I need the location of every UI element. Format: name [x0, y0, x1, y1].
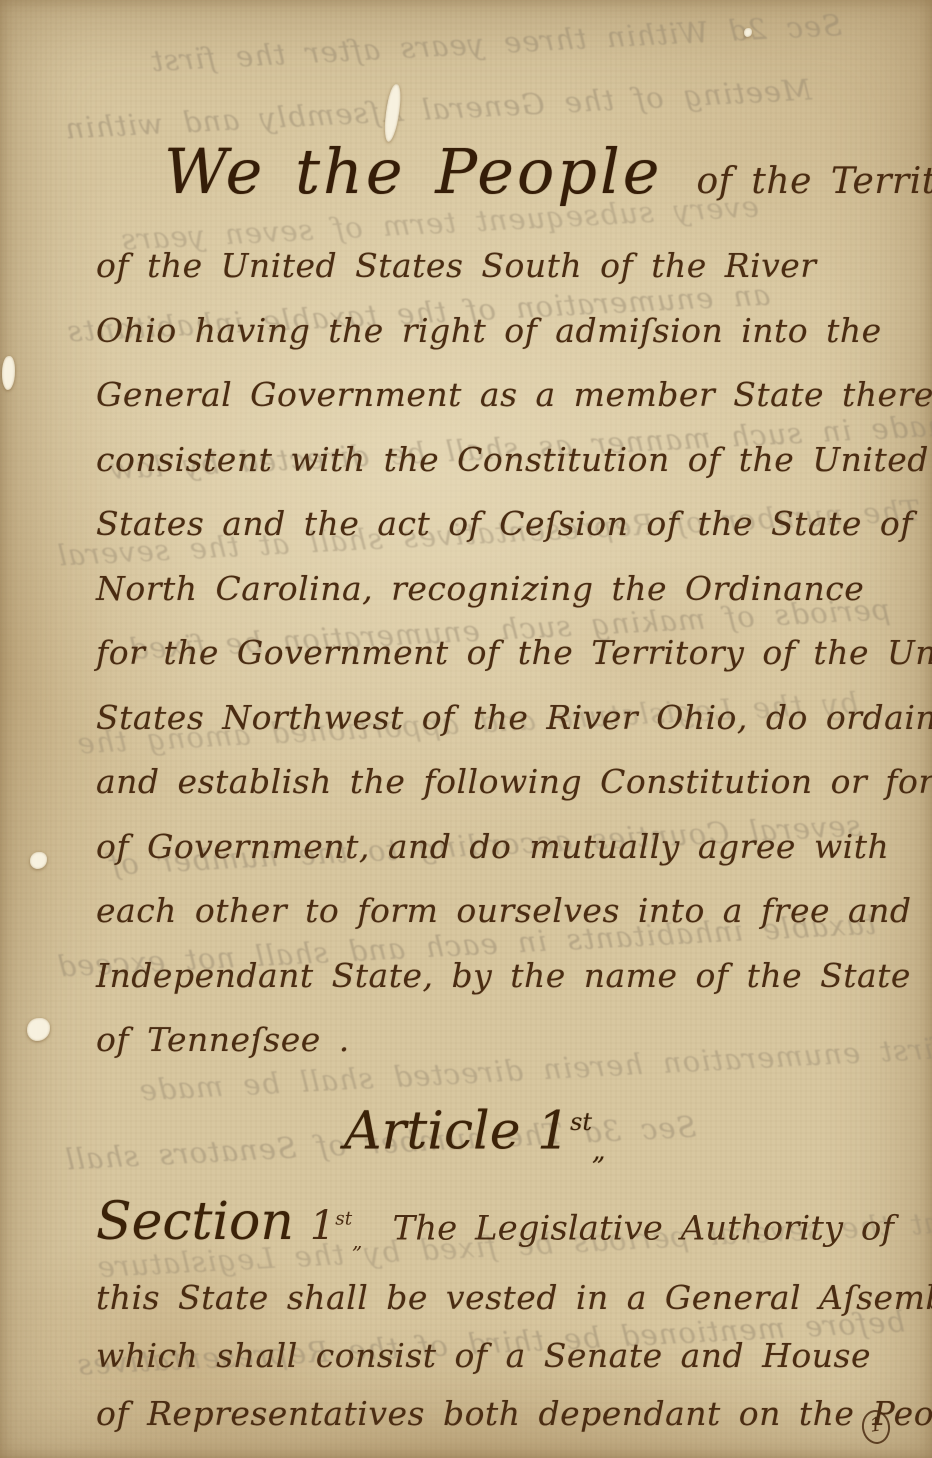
bleedthrough-line: Sec 2d Within three years after the firs… — [150, 8, 843, 78]
article-heading: Article 1st„ — [344, 1073, 906, 1171]
article-mark: „ — [592, 1136, 605, 1166]
manuscript-line: for the Government of the Territory of t… — [96, 621, 906, 686]
manuscript-line: General Government as a member State the… — [96, 363, 906, 428]
manuscript-line: and establish the following Constitution… — [96, 750, 906, 815]
paper-hole — [2, 356, 15, 390]
manuscript-page: Sec 2d Within three years after the firs… — [0, 0, 932, 1458]
manuscript-line: North Carolina, recognizing the Ordinanc… — [96, 557, 906, 622]
manuscript-line: of Tenneſsee . — [96, 1008, 906, 1073]
section-label: Section — [96, 1192, 294, 1252]
manuscript-line: States and the act of Ceſsion of the Sta… — [96, 492, 906, 557]
article-number: 1 — [537, 1101, 570, 1161]
manuscript-line: of Representatives both dependant on the… — [96, 1385, 906, 1443]
opening-phrase-large: We the People — [164, 135, 662, 208]
manuscript-line: each other to form ourselves into a free… — [96, 879, 906, 944]
manuscript-line: Independant State, by the name of the St… — [96, 944, 906, 1009]
article-ordinal: st — [570, 1108, 592, 1136]
manuscript-line: this State shall be vested in a General … — [96, 1269, 906, 1327]
manuscript-line: of the United States South of the River — [96, 234, 906, 299]
paper-hole — [27, 1018, 50, 1041]
section-1: Section1st„The Legislative Authority of … — [96, 1171, 906, 1443]
manuscript-line: of Government, and do mutually agree wit… — [96, 815, 906, 880]
manuscript-line: which shall consist of a Senate and Hous… — [96, 1327, 906, 1385]
opening-line: We the People of the Territory — [164, 110, 906, 234]
article-word: Article — [344, 1101, 520, 1161]
manuscript-line: Ohio having the right of admiſsion into … — [96, 299, 906, 364]
manuscript-line: consistent with the Constitution of the … — [96, 428, 906, 493]
manuscript-line: States Northwest of the River Ohio, do o… — [96, 686, 906, 751]
page-number-value: 1 — [868, 1413, 883, 1436]
section-first-line-text: The Legislative Authority of — [393, 1208, 894, 1248]
paper-hole — [30, 852, 47, 869]
section-number: 1st„ — [310, 1203, 363, 1249]
manuscript-body: We the People of the Territory of the Un… — [96, 110, 906, 1443]
opening-phrase-small: of the Territory — [696, 161, 932, 202]
section-opening-line: Section1st„The Legislative Authority of — [96, 1171, 906, 1269]
